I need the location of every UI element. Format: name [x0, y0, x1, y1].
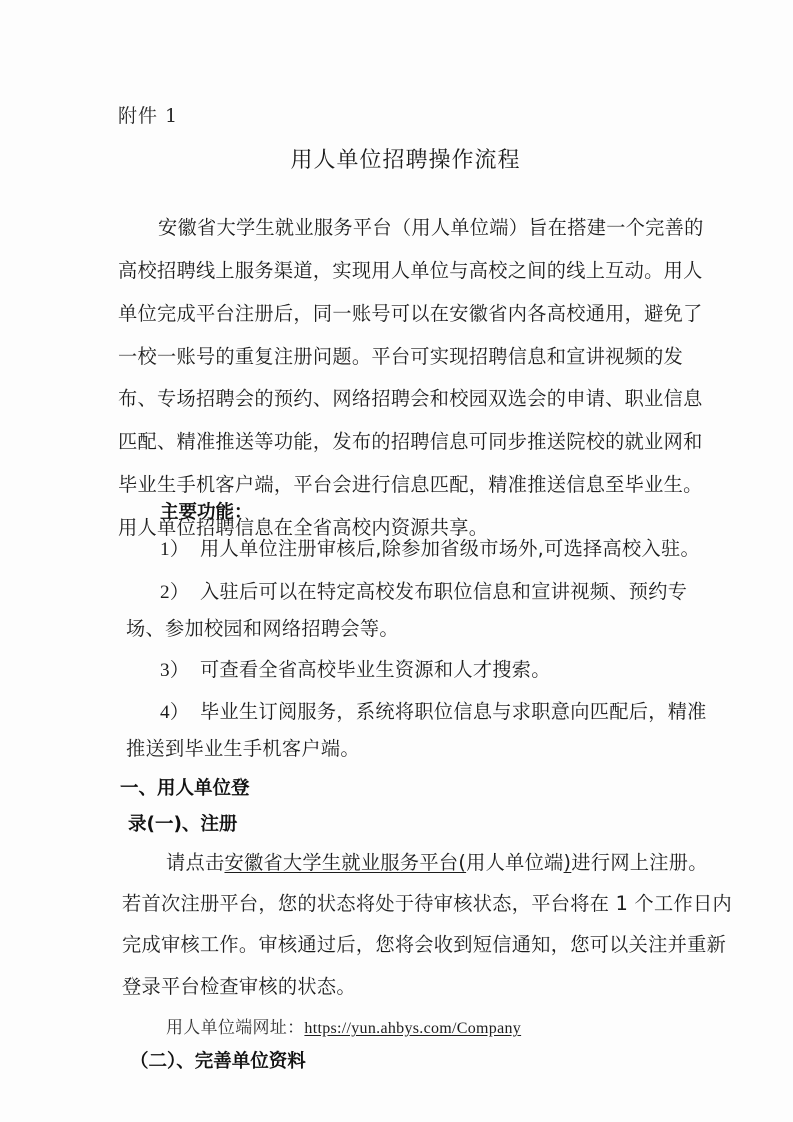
intro-line: 高校招聘线上服务渠道，实现用人单位与高校之间的线上互动。用人: [118, 256, 703, 283]
function-item: 2）入驻后可以在特定高校发布职位信息和宣讲视频、预约专: [160, 577, 687, 604]
function-text: 用人单位注册审核后,除参加省级市场外,可选择高校入驻。: [200, 537, 700, 560]
register-prefix: 请点击: [166, 851, 224, 874]
register-line: 若首次注册平台，您的状态将处于待审核状态，平台将在 1 个工作日内: [122, 889, 732, 916]
intro-line: 安徽省大学生就业服务平台（用人单位端）旨在搭建一个完善的: [158, 213, 704, 240]
register-instruction: 请点击安徽省大学生就业服务平台(用人单位端)进行网上注册。: [166, 848, 708, 875]
document-title: 用人单位招聘操作流程: [0, 143, 793, 174]
url-line: 用人单位端网址：https://yun.ahbys.com/Company: [166, 1013, 521, 1038]
function-item: 3）可查看全省高校毕业生资源和人才搜索。: [160, 655, 551, 682]
company-url-link[interactable]: https://yun.ahbys.com/Company: [304, 1020, 521, 1037]
register-line: 登录平台检查审核的状态。: [122, 972, 356, 999]
section2-heading: （二）、完善单位资料: [130, 1047, 306, 1073]
attachment-label: 附件 1: [118, 101, 178, 128]
url-label: 用人单位端网址：: [166, 1018, 304, 1037]
intro-line: 一校一账号的重复注册问题。平台可实现招聘信息和宣讲视频的发: [118, 342, 683, 369]
function-item: 4）毕业生订阅服务，系统将职位信息与求职意向匹配后，精准: [160, 697, 707, 724]
function-item: 1）用人单位注册审核后,除参加省级市场外,可选择高校入驻。: [160, 534, 700, 561]
register-line: 完成审核工作。审核通过后，您将会收到短信通知，您可以关注并重新: [122, 930, 726, 957]
function-number: 4）: [160, 697, 200, 724]
intro-line: 布、专场招聘会的预约、网络招聘会和校园双选会的申请、职业信息: [118, 384, 703, 411]
main-functions-heading: 主要功能：: [160, 498, 253, 524]
function-continuation: 场、参加校园和网络招聘会等。: [126, 614, 399, 641]
intro-line: 匹配、精准推送等功能，发布的招聘信息可同步推送院校的就业网和: [118, 427, 703, 454]
register-suffix: 进行网上注册。: [571, 851, 707, 874]
document-page: 附件 1 用人单位招聘操作流程 安徽省大学生就业服务平台（用人单位端）旨在搭建一…: [0, 0, 793, 1122]
intro-line: 单位完成平台注册后，同一账号可以在安徽省内各高校通用，避免了: [118, 299, 703, 326]
intro-line: 毕业生手机客户端，平台会进行信息匹配，精准推送信息至毕业生。: [118, 470, 703, 497]
function-number: 2）: [160, 577, 200, 604]
section1-heading-line1: 一、用人单位登: [120, 774, 250, 800]
function-continuation: 推送到毕业生手机客户端。: [126, 734, 360, 761]
function-text: 可查看全省高校毕业生资源和人才搜索。: [200, 658, 551, 681]
function-number: 3）: [160, 655, 200, 682]
function-text: 入驻后可以在特定高校发布职位信息和宣讲视频、预约专: [200, 580, 687, 603]
section1-heading-line2: 录(一)、注册: [128, 810, 237, 836]
register-middle: 用人单位端: [466, 851, 563, 874]
platform-link[interactable]: 安徽省大学生就业服务平台(: [224, 851, 466, 874]
function-number: 1）: [160, 534, 200, 561]
function-text: 毕业生订阅服务，系统将职位信息与求职意向匹配后，精准: [200, 700, 707, 723]
